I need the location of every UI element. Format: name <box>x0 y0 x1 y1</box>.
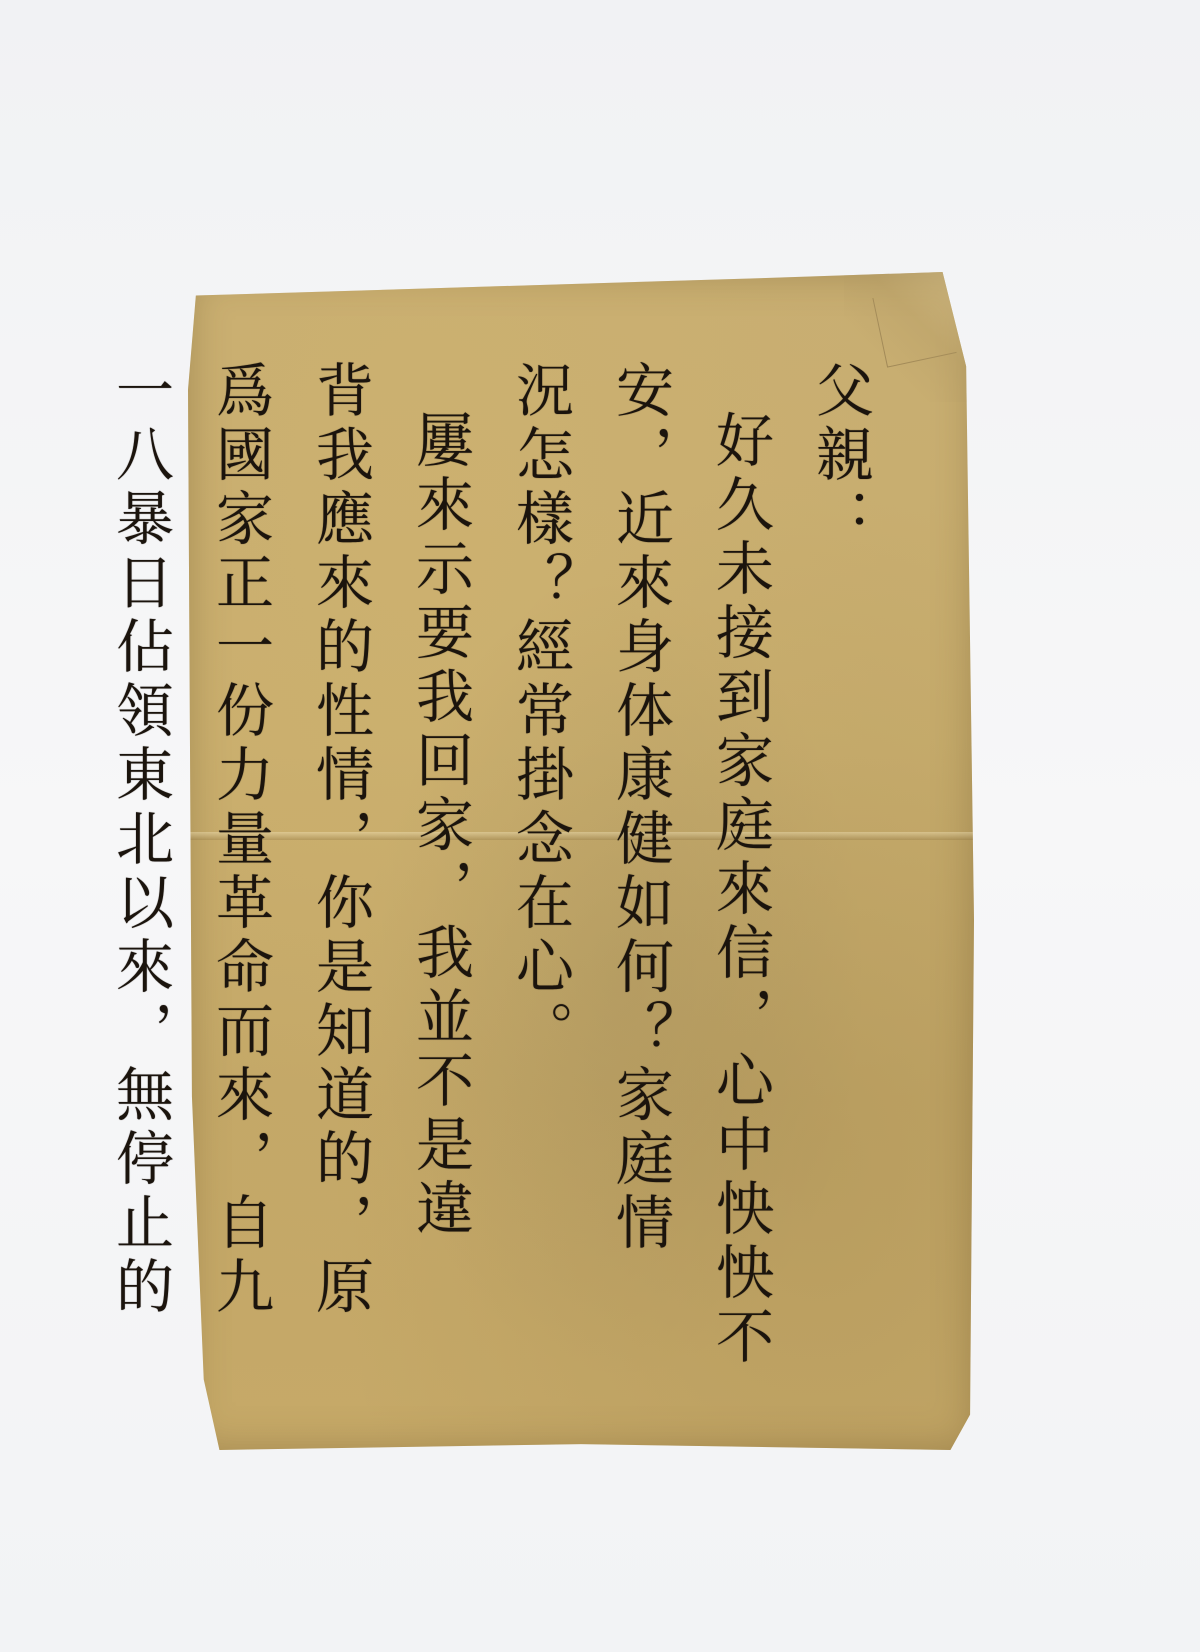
handwritten-letter: 父親： 好久未接到家庭來信，心中怏怏不 安，近來身体康健如何？家庭情 況怎樣？經… <box>240 360 890 1360</box>
folded-corner <box>872 283 956 367</box>
letter-column-6: 爲國家正一份力量革命而來，自九 <box>190 360 290 1360</box>
letter-salutation: 父親： <box>790 360 890 1360</box>
letter-column-4: 屢來示要我回家，我並不是違 <box>390 360 490 1360</box>
letter-column-3: 況怎樣？經常掛念在心。 <box>490 360 590 1360</box>
letter-column-7: 一八暴日佔領東北以來，無停止的 <box>90 360 190 1360</box>
letter-column-2: 安，近來身体康健如何？家庭情 <box>590 360 690 1360</box>
letter-column-1: 好久未接到家庭來信，心中怏怏不 <box>690 360 790 1360</box>
letter-column-5: 背我應來的性情，你是知道的，原 <box>290 360 390 1360</box>
